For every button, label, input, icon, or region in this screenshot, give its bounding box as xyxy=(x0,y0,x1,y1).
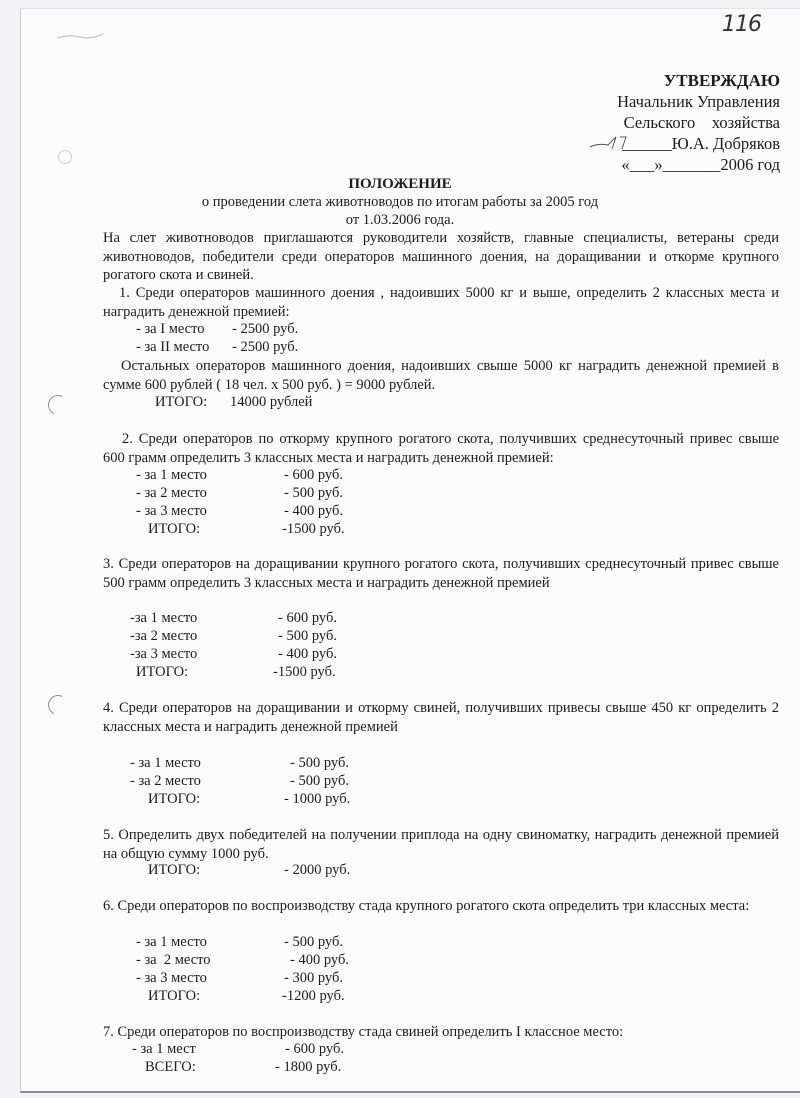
section-6-place-amount: - 400 руб. xyxy=(290,952,349,969)
approval-date: «___»_______2006 год xyxy=(621,154,780,175)
section-3-place-label: -за 2 место xyxy=(130,628,197,645)
approval-position: Начальник Управления xyxy=(617,91,780,112)
section-2-text: 2. Среди операторов по откорму крупного … xyxy=(103,430,779,467)
section-4-place-amount: - 500 руб. xyxy=(290,773,349,790)
section-2-place-amount: - 600 руб. xyxy=(284,467,343,484)
approval-signatory: ______Ю.А. Добряков xyxy=(622,133,780,154)
section-7-total: - 1800 руб. xyxy=(275,1059,341,1076)
section-3-text: 3. Среди операторов на доращивании крупн… xyxy=(103,555,779,592)
section-3-place-amount: - 400 руб. xyxy=(278,646,337,663)
section-4-place-label: - за 2 место xyxy=(130,773,201,790)
section-4-place-label: - за 1 место xyxy=(130,755,201,772)
section-2-total-label: ИТОГО: xyxy=(148,521,200,538)
section-4-place-amount: - 500 руб. xyxy=(290,755,349,772)
document-title: ПОЛОЖЕНИЕ xyxy=(0,176,800,193)
section-6-text: 6. Среди операторов по воспроизводству с… xyxy=(103,897,779,916)
section-1-place-label: - за I место xyxy=(136,321,205,338)
section-2-place-label: - за 1 место xyxy=(136,467,207,484)
signature-mark xyxy=(588,133,638,153)
section-1-place-label: - за II место xyxy=(136,339,209,356)
section-6-place-amount: - 500 руб. xyxy=(284,934,343,951)
section-1-place-amount: - 2500 руб. xyxy=(232,339,298,356)
section-2-place-amount: - 400 руб. xyxy=(284,503,343,520)
section-4-total: - 1000 руб. xyxy=(284,791,350,808)
section-7-place-amount: - 600 руб. xyxy=(285,1041,344,1058)
section-1-text: 1. Среди операторов машинного доения , н… xyxy=(103,284,779,321)
section-6-place-label: - за 2 место xyxy=(136,952,211,969)
section-3-place-label: -за 1 место xyxy=(130,610,197,627)
section-1-place-amount: - 2500 руб. xyxy=(232,321,298,338)
section-3-place-label: -за 3 место xyxy=(130,646,197,663)
section-5-total-label: ИТОГО: xyxy=(148,862,200,879)
section-7-text: 7. Среди операторов по воспроизводству с… xyxy=(103,1023,779,1042)
document-date: от 1.03.2006 года. xyxy=(0,212,800,229)
section-6-place-label: - за 3 место xyxy=(136,970,207,987)
section-2-place-label: - за 2 место xyxy=(136,485,207,502)
section-2-place-label: - за 3 место xyxy=(136,503,207,520)
approval-department: Сельского хозяйства xyxy=(624,112,780,133)
section-6-total-label: ИТОГО: xyxy=(148,988,200,1005)
section-7-total-label: ВСЕГО: xyxy=(145,1059,196,1076)
section-6-total: -1200 руб. xyxy=(282,988,345,1005)
section-3-total-label: ИТОГО: xyxy=(136,664,188,681)
section-2-total: -1500 руб. xyxy=(282,521,345,538)
section-4-total-label: ИТОГО: xyxy=(148,791,200,808)
section-5-total: - 2000 руб. xyxy=(284,862,350,879)
section-3-place-amount: - 600 руб. xyxy=(278,610,337,627)
document-subtitle: о проведении слета животноводов по итога… xyxy=(0,194,800,211)
section-6-place-label: - за 1 место xyxy=(136,934,207,951)
section-1-total: 14000 рублей xyxy=(230,394,312,411)
section-2-place-amount: - 500 руб. xyxy=(284,485,343,502)
section-1-extra: Остальных операторов машинного доения, н… xyxy=(103,357,779,394)
section-4-text: 4. Среди операторов на доращивании и отк… xyxy=(103,699,779,736)
section-6-place-amount: - 300 руб. xyxy=(284,970,343,987)
section-1-total-label: ИТОГО: xyxy=(155,394,207,411)
section-3-total: -1500 руб. xyxy=(273,664,336,681)
section-7-place-label: - за 1 мест xyxy=(132,1041,196,1058)
page-number: 116 xyxy=(722,12,761,37)
approval-title: УТВЕРЖДАЮ xyxy=(664,70,780,91)
pencil-scribble-mark xyxy=(55,28,105,48)
section-5-text: 5. Определить двух победителей на получе… xyxy=(103,826,779,863)
section-3-place-amount: - 500 руб. xyxy=(278,628,337,645)
intro-paragraph: На слет животноводов приглашаются руково… xyxy=(103,229,779,285)
